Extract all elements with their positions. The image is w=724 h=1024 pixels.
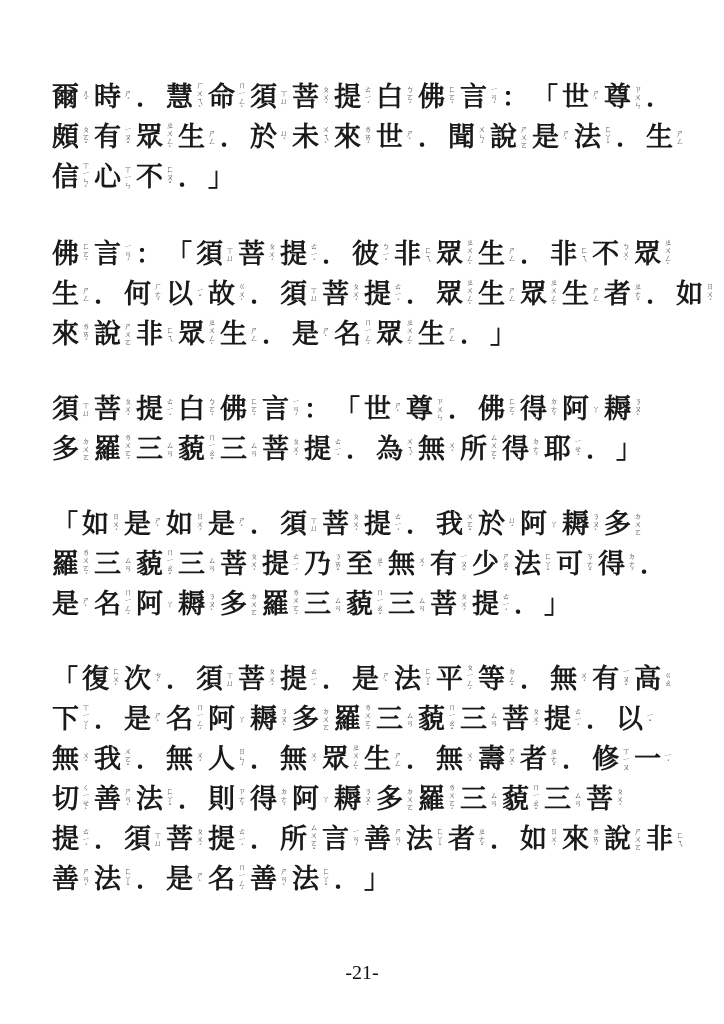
hanzi: 阿	[520, 509, 547, 541]
hanzi: 善	[94, 784, 121, 816]
hanzi: 眾	[436, 239, 463, 271]
zhuyin-annotation: ㄋㄡˋ	[632, 398, 644, 422]
punctuation: ．	[136, 864, 162, 896]
hanzi: 佛	[52, 239, 79, 271]
hanzi: 生	[646, 122, 673, 154]
punctuation: ．	[94, 279, 120, 311]
hanzi: 少	[472, 549, 499, 581]
hanzi: 眾	[436, 279, 463, 311]
hanzi: 言	[262, 394, 289, 426]
annotated-character: 菩ㄆㄨˊ	[322, 509, 362, 541]
zhuyin-annotation: ㄨˊ	[80, 752, 92, 768]
hanzi: 耨	[178, 589, 205, 621]
zhuyin-annotation: ㄚ	[320, 796, 332, 804]
annotated-character: 心ㄒㄧㄣ	[94, 162, 134, 194]
annotated-character: 生ㄕㄥ	[52, 279, 92, 311]
text-line: 佛ㄈㄛˊ言ㄧㄢˊ：「須ㄒㄩ菩ㄆㄨˊ提ㄊㄧˊ．彼ㄅㄧˇ非ㄈㄟ眾ㄓㄨㄥˋ生ㄕㄥ．非ㄈ…	[52, 235, 676, 275]
annotated-character: 得ㄉㄜˊ	[598, 549, 638, 581]
punctuation: 「	[334, 394, 360, 426]
hanzi: 眾	[634, 239, 661, 271]
annotated-character: 不ㄅㄨˋ	[592, 239, 632, 271]
zhuyin-annotation: ㄨㄟˋ	[320, 126, 332, 150]
zhuyin-annotation: ㄊㄧˊ	[308, 668, 320, 692]
annotated-character: 未ㄨㄟˋ	[292, 122, 332, 154]
hanzi: 我	[94, 744, 121, 776]
zhuyin-annotation: ㄆㄨˊ	[248, 553, 260, 577]
annotated-character: 來ㄌㄞˊ	[334, 122, 374, 154]
annotated-character: 說ㄕㄨㄛ	[604, 824, 644, 856]
text-line: 頗ㄆㄛˇ有ㄧㄡˇ眾ㄓㄨㄥˋ生ㄕㄥ．於ㄩˊ未ㄨㄟˋ來ㄌㄞˊ世ㄕˋ．聞ㄨㄣˊ說ㄕㄨㄛ…	[52, 118, 688, 158]
annotated-character: 菩ㄆㄨˊ	[94, 394, 134, 426]
hanzi: 如	[166, 509, 193, 541]
zhuyin-annotation: ㄎㄜˇ	[584, 553, 596, 577]
zhuyin-annotation: ㄈㄚˇ	[602, 126, 614, 150]
hanzi: 善	[364, 824, 391, 856]
zhuyin-annotation: ㄕˋ	[560, 130, 572, 146]
hanzi: 提	[136, 394, 163, 426]
zhuyin-annotation: ㄓㄜˇ	[476, 828, 488, 852]
hanzi: 阿	[292, 784, 319, 816]
hanzi: 三	[220, 434, 247, 466]
zhuyin-annotation: ㄍㄠ	[662, 672, 674, 688]
zhuyin-annotation: ㄈㄟ	[578, 247, 590, 263]
zhuyin-annotation: ㄉㄜˊ	[278, 788, 290, 812]
hanzi: 三	[460, 704, 487, 736]
hanzi: 爾	[52, 82, 79, 114]
annotated-character: 藐ㄇㄧㄠˇ	[418, 704, 458, 736]
zhuyin-annotation: ㄅㄛˊ	[404, 86, 416, 110]
zhuyin-annotation: ㄊㄧˊ	[308, 243, 320, 267]
annotated-character: 無ㄨˊ	[550, 664, 590, 696]
punctuation: ．	[178, 162, 204, 194]
zhuyin-annotation: ㄆㄨˊ	[350, 513, 362, 537]
hanzi: 羅	[52, 549, 79, 581]
annotated-character: 我ㄨㄛˇ	[94, 744, 134, 776]
zhuyin-annotation: ㄕㄨㄛ	[632, 828, 644, 852]
hanzi: 有	[94, 122, 121, 154]
zhuyin-annotation: ㄕㄥ	[248, 327, 260, 343]
annotated-character: 耨ㄋㄡˋ	[250, 704, 290, 736]
punctuation: ．	[646, 279, 672, 311]
annotated-character: 法ㄈㄚˇ	[574, 122, 614, 154]
hanzi: 生	[364, 744, 391, 776]
punctuation: ．	[520, 239, 546, 271]
zhuyin-annotation: ㄕㄨㄛ	[122, 323, 134, 347]
text-line: 切ㄑㄧㄝˋ善ㄕㄢˋ法ㄈㄚˇ．則ㄗㄜˊ得ㄉㄜˊ阿ㄚ耨ㄋㄡˋ多ㄉㄨㄛ羅ㄌㄨㄛˊ三ㄙㄢ…	[52, 780, 628, 820]
zhuyin-annotation: ㄊㄧˊ	[332, 438, 344, 462]
annotated-character: 白ㄅㄛˊ	[376, 82, 416, 114]
zhuyin-annotation: ㄉㄥˇ	[506, 668, 518, 692]
hanzi: 生	[52, 279, 79, 311]
hanzi: 言	[460, 82, 487, 114]
hanzi: 三	[136, 434, 163, 466]
zhuyin-annotation: ㄕㄢˋ	[278, 868, 290, 892]
annotated-character: 眾ㄓㄨㄥˋ	[436, 239, 476, 271]
text-line: 信ㄒㄧㄣˋ心ㄒㄧㄣ不ㄈㄡˇ．」	[52, 158, 238, 198]
zhuyin-annotation: ㄓㄨㄥˋ	[464, 279, 476, 311]
hanzi: 三	[388, 589, 415, 621]
hanzi: 多	[52, 434, 79, 466]
annotated-character: 所ㄙㄨㄛˇ	[280, 824, 320, 856]
zhuyin-annotation: ㄧㄡˇ	[620, 668, 632, 692]
hanzi: 言	[322, 824, 349, 856]
annotated-character: 阿ㄚ	[292, 784, 332, 816]
hanzi: 提	[280, 239, 307, 271]
zhuyin-annotation: ㄗㄨㄣ	[434, 398, 446, 422]
zhuyin-annotation: ㄈㄚˇ	[164, 788, 176, 812]
hanzi: 耨	[562, 509, 589, 541]
annotated-character: 法ㄈㄚˇ	[394, 664, 434, 696]
annotated-character: 所ㄙㄨㄛˇ	[460, 434, 500, 466]
annotated-character: 無ㄨˊ	[166, 744, 206, 776]
annotated-character: 生ㄕㄥ	[220, 319, 260, 351]
zhuyin-annotation: ㄚ	[236, 716, 248, 724]
hanzi: 法	[94, 864, 121, 896]
hanzi: 眾	[322, 744, 349, 776]
punctuation: ．	[136, 82, 162, 114]
zhuyin-annotation: ㄙㄢ	[122, 557, 134, 573]
zhuyin-annotation: ㄒㄧㄣ	[122, 166, 134, 190]
zhuyin-annotation: ㄉㄜˊ	[548, 398, 560, 422]
annotated-character: 名ㄇㄧㄥˊ	[208, 864, 248, 896]
annotated-character: 一ㄧˊ	[634, 744, 674, 776]
hanzi: 菩	[322, 509, 349, 541]
hanzi: 提	[472, 589, 499, 621]
annotated-character: 頗ㄆㄛˇ	[52, 122, 92, 154]
zhuyin-annotation: ㄊㄧˊ	[80, 828, 92, 852]
hanzi: 羅	[334, 704, 361, 736]
punctuation: 「	[166, 239, 192, 271]
punctuation: 」	[364, 864, 390, 896]
zhuyin-annotation: ㄆㄛˇ	[80, 126, 92, 150]
annotated-character: 世ㄕˋ	[562, 82, 602, 114]
punctuation: ．	[262, 319, 288, 351]
punctuation: 」	[544, 589, 570, 621]
punctuation: ．	[586, 434, 612, 466]
annotated-character: 須ㄒㄩ	[196, 664, 236, 696]
hanzi: 世	[376, 122, 403, 154]
zhuyin-annotation: ㄙㄢ	[404, 712, 416, 728]
hanzi: 無	[280, 744, 307, 776]
zhuyin-annotation: ㄍㄨˋ	[236, 283, 248, 307]
zhuyin-annotation: ㄊㄧˊ	[392, 513, 404, 537]
zhuyin-annotation: ㄓㄜˇ	[548, 748, 560, 772]
zhuyin-annotation: ㄆㄨˊ	[266, 668, 278, 692]
zhuyin-annotation: ㄖㄨˊ	[548, 828, 560, 852]
hanzi: 菩	[502, 704, 529, 736]
annotated-character: 善ㄕㄢˋ	[250, 864, 290, 896]
annotated-character: 如ㄖㄨˊ	[520, 824, 560, 856]
annotated-character: 提ㄊㄧˊ	[280, 664, 320, 696]
hanzi: 菩	[322, 279, 349, 311]
zhuyin-annotation: ㄆㄨˊ	[290, 438, 302, 462]
annotated-character: 提ㄊㄧˊ	[472, 589, 512, 621]
annotated-character: 生ㄕㄥ	[562, 279, 602, 311]
annotated-character: 言ㄧㄢˊ	[322, 824, 362, 856]
annotated-character: 多ㄉㄨㄛ	[292, 704, 332, 736]
annotated-character: 無ㄨˊ	[280, 744, 320, 776]
annotated-character: 佛ㄈㄛˊ	[478, 394, 518, 426]
hanzi: 者	[448, 824, 475, 856]
hanzi: 非	[550, 239, 577, 271]
hanzi: 提	[52, 824, 79, 856]
annotated-character: 彼ㄅㄧˇ	[352, 239, 392, 271]
hanzi: 菩	[292, 82, 319, 114]
annotated-character: 於ㄩˊ	[250, 122, 290, 154]
zhuyin-annotation: ㄗㄨㄣ	[632, 86, 644, 110]
hanzi: 以	[616, 704, 643, 736]
hanzi: 信	[52, 162, 79, 194]
zhuyin-annotation: ㄇㄧㄥˊ	[122, 589, 134, 621]
hanzi: 須	[196, 664, 223, 696]
zhuyin-annotation: ㄕㄥ	[206, 130, 218, 146]
annotated-character: 次ㄘˋ	[124, 664, 164, 696]
annotated-character: 說ㄕㄨㄛ	[94, 319, 134, 351]
annotated-character: 須ㄒㄩ	[280, 279, 320, 311]
annotated-character: 耨ㄋㄡˋ	[334, 784, 374, 816]
annotated-character: 菩ㄆㄨˊ	[220, 549, 260, 581]
zhuyin-annotation: ㄓㄨㄥˋ	[206, 319, 218, 351]
hanzi: 須	[250, 82, 277, 114]
text-line: 羅ㄌㄨㄛˊ三ㄙㄢ藐ㄇㄧㄠˇ三ㄙㄢ菩ㄆㄨˊ提ㄊㄧˊ乃ㄋㄞˇ至ㄓˋ無ㄨˊ有ㄧㄡˇ少ㄕ…	[52, 545, 670, 585]
hanzi: 說	[604, 824, 631, 856]
zhuyin-annotation: ㄒㄩ	[224, 247, 236, 263]
punctuation: ．	[334, 864, 360, 896]
annotated-character: 名ㄇㄧㄥˊ	[94, 589, 134, 621]
annotated-character: 眾ㄓㄨㄥˋ	[136, 122, 176, 154]
hanzi: 無	[166, 744, 193, 776]
hanzi: 提	[262, 549, 289, 581]
punctuation: ．	[406, 279, 432, 311]
annotated-character: 世ㄕˋ	[376, 122, 416, 154]
hanzi: 所	[280, 824, 307, 856]
annotated-character: 非ㄈㄟ	[550, 239, 590, 271]
zhuyin-annotation: ㄓㄨㄥˋ	[548, 279, 560, 311]
zhuyin-annotation: ㄕˋ	[380, 672, 392, 688]
hanzi: 須	[280, 279, 307, 311]
annotated-character: 菩ㄆㄨˊ	[502, 704, 542, 736]
annotated-character: 乃ㄋㄞˇ	[304, 549, 344, 581]
annotated-character: 藐ㄇㄧㄠˇ	[502, 784, 542, 816]
annotated-character: 三ㄙㄢ	[376, 704, 416, 736]
zhuyin-annotation: ㄏㄜˊ	[152, 283, 164, 307]
text-line: 下ㄒㄧㄚˋ．是ㄕˋ名ㄇㄧㄥˊ阿ㄚ耨ㄋㄡˋ多ㄉㄨㄛ羅ㄌㄨㄛˊ三ㄙㄢ藐ㄇㄧㄠˇ三ㄙㄢ…	[52, 700, 658, 740]
hanzi: 復	[82, 664, 109, 696]
hanzi: 生	[478, 279, 505, 311]
annotated-character: 三ㄙㄢ	[94, 549, 134, 581]
zhuyin-annotation: ㄖㄨˊ	[704, 283, 716, 307]
hanzi: 為	[376, 434, 403, 466]
annotated-character: 至ㄓˋ	[346, 549, 386, 581]
hanzi: 菩	[238, 239, 265, 271]
hanzi: 於	[478, 509, 505, 541]
annotated-character: 是ㄕˋ	[532, 122, 572, 154]
hanzi: 可	[556, 549, 583, 581]
annotated-character: 三ㄙㄢ	[136, 434, 176, 466]
zhuyin-annotation: ㄧㄢˊ	[122, 243, 134, 267]
punctuation: ．	[616, 122, 642, 154]
zhuyin-annotation: ㄈㄟ	[164, 327, 176, 343]
annotated-character: 法ㄈㄚˇ	[292, 864, 332, 896]
hanzi: 多	[292, 704, 319, 736]
hanzi: 修	[592, 744, 619, 776]
hanzi: 未	[292, 122, 319, 154]
zhuyin-annotation: ㄧㄡˇ	[122, 126, 134, 150]
zhuyin-annotation: ㄗㄜˊ	[236, 788, 248, 812]
punctuation: 「	[52, 509, 78, 541]
text-line: 爾ㄦˇ時ㄕˊ．慧ㄏㄨㄟˋ命ㄇㄧㄥˋ須ㄒㄩ菩ㄆㄨˊ提ㄊㄧˊ白ㄅㄛˊ佛ㄈㄛˊ言ㄧㄢˊ…	[52, 78, 676, 118]
annotated-character: 羅ㄌㄨㄛˊ	[94, 434, 134, 466]
annotated-character: 切ㄑㄧㄝˋ	[52, 784, 92, 816]
zhuyin-annotation: ㄚ	[590, 406, 602, 414]
hanzi: 耨	[604, 394, 631, 426]
hanzi: 耨	[334, 784, 361, 816]
zhuyin-annotation: ㄉㄨㄛ	[320, 708, 332, 732]
annotated-character: 有ㄧㄡˇ	[592, 664, 632, 696]
annotated-character: 菩ㄆㄨˊ	[238, 664, 278, 696]
hanzi: 如	[676, 279, 703, 311]
hanzi: 法	[514, 549, 541, 581]
hanzi: 慧	[166, 82, 193, 114]
hanzi: 法	[574, 122, 601, 154]
annotated-character: 爾ㄦˇ	[52, 82, 92, 114]
zhuyin-annotation: ㄨˊ	[464, 752, 476, 768]
punctuation: ．	[250, 744, 276, 776]
punctuation: ．	[250, 824, 276, 856]
zhuyin-annotation: ㄇㄧㄠˇ	[164, 549, 176, 581]
zhuyin-annotation: ㄙㄨㄛˇ	[488, 434, 500, 466]
punctuation: 」	[208, 162, 234, 194]
zhuyin-annotation: ㄨㄛˇ	[122, 748, 134, 772]
annotated-character: 菩ㄆㄨˊ	[322, 279, 362, 311]
hanzi: 是	[52, 589, 79, 621]
annotated-character: 何ㄏㄜˊ	[124, 279, 164, 311]
annotated-character: 慧ㄏㄨㄟˋ	[166, 82, 206, 114]
annotated-character: 是ㄕˋ	[52, 589, 92, 621]
zhuyin-annotation: ㄧㄡˇ	[458, 553, 470, 577]
zhuyin-annotation: ㄆㄨˊ	[122, 398, 134, 422]
text-line: 提ㄊㄧˊ．須ㄒㄩ菩ㄆㄨˊ提ㄊㄧˊ．所ㄙㄨㄛˇ言ㄧㄢˊ善ㄕㄢˋ法ㄈㄚˇ者ㄓㄜˇ．如…	[52, 820, 688, 860]
annotated-character: 三ㄙㄢ	[460, 784, 500, 816]
annotated-character: 佛ㄈㄛˊ	[220, 394, 260, 426]
annotated-character: 阿ㄚ	[208, 704, 248, 736]
zhuyin-annotation: ㄕˋ	[152, 517, 164, 533]
hanzi: 多	[604, 509, 631, 541]
annotated-character: 生ㄕㄥ	[418, 319, 458, 351]
zhuyin-annotation: ㄊㄧˊ	[362, 86, 374, 110]
zhuyin-annotation: ㄈㄚˇ	[422, 668, 434, 692]
annotated-character: 以ㄧˇ	[166, 279, 206, 311]
zhuyin-annotation: ㄕㄨㄛ	[518, 126, 530, 150]
zhuyin-annotation: ㄇㄧㄥˋ	[236, 82, 248, 114]
annotated-character: 命ㄇㄧㄥˋ	[208, 82, 248, 114]
hanzi: 提	[364, 279, 391, 311]
zhuyin-annotation: ㄈㄛˊ	[80, 243, 92, 267]
zhuyin-annotation: ㄨˊ	[308, 752, 320, 768]
zhuyin-annotation: ㄊㄧˊ	[572, 708, 584, 732]
annotated-character: 菩ㄆㄨˊ	[262, 434, 302, 466]
hanzi: 無	[550, 664, 577, 696]
hanzi: 壽	[478, 744, 505, 776]
zhuyin-annotation: ㄆㄨˊ	[614, 788, 626, 812]
hanzi: 多	[376, 784, 403, 816]
zhuyin-annotation: ㄕㄥ	[674, 130, 686, 146]
punctuation: ．	[220, 122, 246, 154]
text-line: 是ㄕˋ名ㄇㄧㄥˊ阿ㄚ耨ㄋㄡˋ多ㄉㄨㄛ羅ㄌㄨㄛˊ三ㄙㄢ藐ㄇㄧㄠˇ三ㄙㄢ菩ㄆㄨˊ提ㄊ…	[52, 585, 574, 625]
hanzi: 是	[292, 319, 319, 351]
text-line: 多ㄉㄨㄛ羅ㄌㄨㄛˊ三ㄙㄢ藐ㄇㄧㄠˇ三ㄙㄢ菩ㄆㄨˊ提ㄊㄧˊ．為ㄨㄟˊ無ㄨˊ所ㄙㄨㄛ…	[52, 430, 646, 470]
annotated-character: 高ㄍㄠ	[634, 664, 674, 696]
punctuation: ．	[586, 704, 612, 736]
hanzi: 尊	[604, 82, 631, 114]
annotated-character: 羅ㄌㄨㄛˊ	[52, 549, 92, 581]
hanzi: 言	[94, 239, 121, 271]
annotated-character: 無ㄨˊ	[436, 744, 476, 776]
annotated-character: 是ㄕˋ	[208, 509, 248, 541]
zhuyin-annotation: ㄙㄢ	[416, 597, 428, 613]
annotated-character: 提ㄊㄧˊ	[262, 549, 302, 581]
punctuation: ：	[502, 82, 528, 114]
punctuation: ．	[646, 82, 672, 114]
hanzi: 三	[460, 784, 487, 816]
zhuyin-annotation: ㄕˋ	[80, 597, 92, 613]
hanzi: 生	[220, 319, 247, 351]
zhuyin-annotation: ㄖㄣˊ	[236, 748, 248, 772]
document-page: 爾ㄦˇ時ㄕˊ．慧ㄏㄨㄟˋ命ㄇㄧㄥˋ須ㄒㄩ菩ㄆㄨˊ提ㄊㄧˊ白ㄅㄛˊ佛ㄈㄛˊ言ㄧㄢˊ…	[0, 0, 724, 1024]
annotated-character: 法ㄈㄚˇ	[136, 784, 176, 816]
annotated-character: 多ㄉㄨㄛ	[220, 589, 260, 621]
hanzi: 下	[52, 704, 79, 736]
hanzi: 者	[604, 279, 631, 311]
hanzi: 多	[220, 589, 247, 621]
hanzi: 無	[388, 549, 415, 581]
annotated-character: 須ㄒㄩ	[52, 394, 92, 426]
zhuyin-annotation: ㄒㄧㄣˋ	[80, 162, 92, 194]
hanzi: 法	[136, 784, 163, 816]
annotated-character: 眾ㄓㄨㄥˋ	[178, 319, 218, 351]
zhuyin-annotation: ㄙㄢ	[248, 442, 260, 458]
annotated-character: 非ㄈㄟ	[646, 824, 686, 856]
annotated-character: 世ㄕˋ	[364, 394, 404, 426]
hanzi: 阿	[562, 394, 589, 426]
annotated-character: 眾ㄓㄨㄥˋ	[376, 319, 416, 351]
zhuyin-annotation: ㄒㄩ	[308, 517, 320, 533]
zhuyin-annotation: ㄙㄢ	[164, 442, 176, 458]
zhuyin-annotation: ㄈㄟ	[674, 832, 686, 848]
hanzi: 菩	[238, 664, 265, 696]
zhuyin-annotation: ㄨㄟˊ	[404, 438, 416, 462]
zhuyin-annotation: ㄕㄥ	[506, 247, 518, 263]
annotated-character: 提ㄊㄧˊ	[136, 394, 176, 426]
hanzi: 耶	[544, 434, 571, 466]
text-line: 無ㄨˊ我ㄨㄛˇ．無ㄨˊ人ㄖㄣˊ．無ㄨˊ眾ㄓㄨㄥˋ生ㄕㄥ．無ㄨˊ壽ㄕㄡˋ者ㄓㄜˇ．…	[52, 740, 676, 780]
text-line: 「如ㄖㄨˊ是ㄕˋ如ㄖㄨˊ是ㄕˋ．須ㄒㄩ菩ㄆㄨˊ提ㄊㄧˊ．我ㄨㄛˇ於ㄩˊ阿ㄚ耨ㄋㄡ…	[52, 505, 646, 545]
zhuyin-annotation: ㄈㄡˇ	[164, 166, 176, 190]
hanzi: 提	[304, 434, 331, 466]
annotated-character: 言ㄧㄢˊ	[94, 239, 134, 271]
annotated-character: 菩ㄆㄨˊ	[586, 784, 626, 816]
zhuyin-annotation: ㄌㄨㄛˊ	[80, 549, 92, 581]
zhuyin-annotation: ㄦˇ	[80, 90, 92, 106]
punctuation: ．	[166, 664, 192, 696]
annotated-character: 三ㄙㄢ	[220, 434, 260, 466]
hanzi: 時	[94, 82, 121, 114]
annotated-character: 羅ㄌㄨㄛˊ	[262, 589, 302, 621]
hanzi: 世	[364, 394, 391, 426]
punctuation: ．	[322, 664, 348, 696]
annotated-character: 人ㄖㄣˊ	[208, 744, 248, 776]
punctuation: ．	[136, 744, 162, 776]
